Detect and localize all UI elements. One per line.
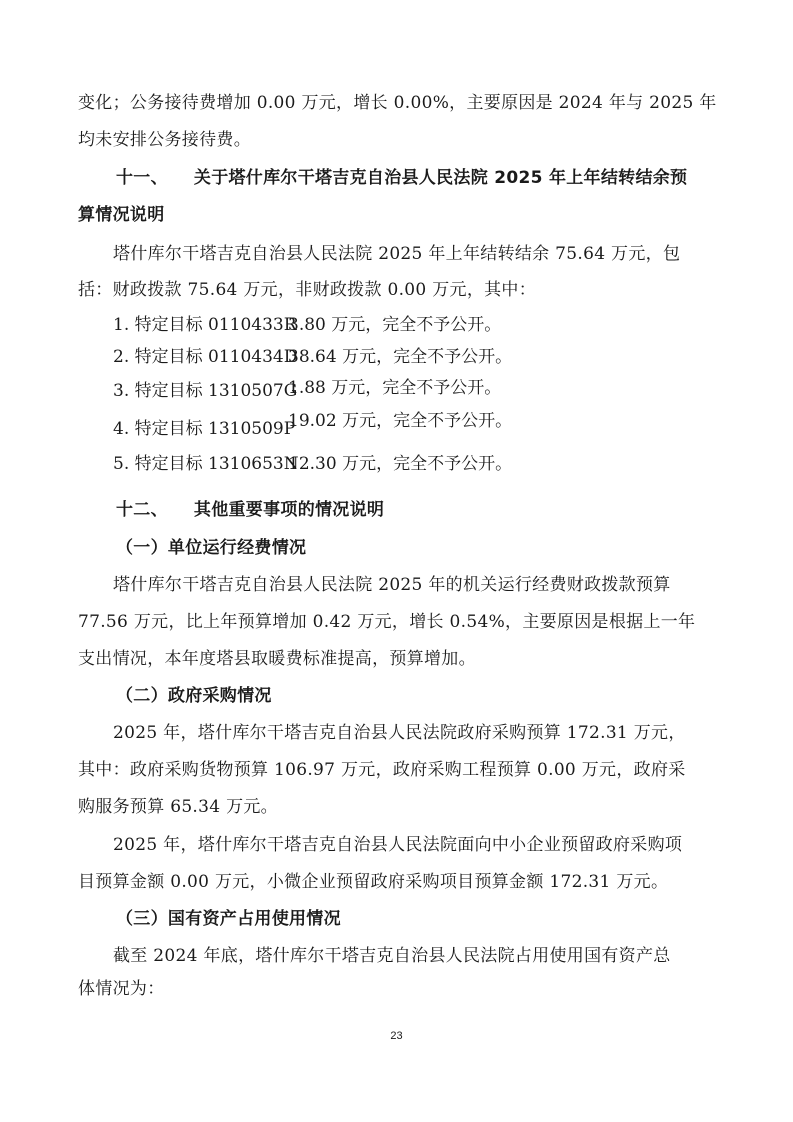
list-item-label: 1. 特定目标 0110433R bbox=[113, 315, 297, 335]
list-item: 5. 特定目标 1310653N 12.30 万元，完全不予公开。 bbox=[113, 453, 299, 475]
section-heading-12: 十二、其他重要事项的情况说明 bbox=[116, 499, 384, 521]
section-heading-11-cont: 算情况说明 bbox=[78, 204, 165, 226]
paragraph-line: 购服务预算 65.34 万元。 bbox=[78, 796, 278, 818]
paragraph-line: 目预算金额 0.00 万元，小微企业预留政府采购项目预算金额 172.31 万元… bbox=[78, 871, 668, 893]
heading-number: 十一、 bbox=[116, 168, 168, 188]
paragraph-line: 其中：政府采购货物预算 106.97 万元，政府采购工程预算 0.00 万元，政… bbox=[78, 759, 686, 781]
list-item-label: 3. 特定目标 1310507G bbox=[113, 381, 297, 401]
list-item: 1. 特定目标 0110433R 3.80 万元，完全不予公开。 bbox=[113, 314, 297, 336]
list-item: 3. 特定目标 1310507G 1.88 万元，完全不予公开。 bbox=[113, 380, 297, 402]
list-item-amount: 3.80 万元，完全不予公开。 bbox=[288, 314, 501, 336]
heading-text: 其他重要事项的情况说明 bbox=[194, 500, 384, 520]
subheading-state-assets: （三）国有资产占用使用情况 bbox=[116, 908, 341, 930]
paragraph-line: 截至 2024 年底，塔什库尔干塔吉克自治县人民法院占用使用国有资产总 bbox=[113, 945, 671, 967]
list-item-amount: 1.88 万元，完全不予公开。 bbox=[288, 377, 501, 399]
paragraph-line: 变化；公务接待费增加 0.00 万元，增长 0.00%，主要原因是 2024 年… bbox=[78, 92, 717, 114]
paragraph-line: 支出情况，本年度塔县取暖费标准提高，预算增加。 bbox=[78, 648, 476, 670]
section-heading-11: 十一、关于塔什库尔干塔吉克自治县人民法院 2025 年上年结转结余预 bbox=[116, 167, 687, 189]
heading-text: 关于塔什库尔干塔吉克自治县人民法院 2025 年上年结转结余预 bbox=[194, 168, 687, 188]
heading-number: 十二、 bbox=[116, 500, 168, 520]
list-item-amount: 38.64 万元，完全不予公开。 bbox=[288, 346, 512, 368]
subheading-procurement: （二）政府采购情况 bbox=[116, 685, 272, 707]
paragraph-line: 77.56 万元，比上年预算增加 0.42 万元，增长 0.54%，主要原因是根… bbox=[78, 611, 695, 633]
list-item: 2. 特定目标 0110434D 38.64 万元，完全不予公开。 bbox=[113, 346, 297, 368]
paragraph-line: 塔什库尔干塔吉克自治县人民法院 2025 年的机关运行经费财政拨款预算 bbox=[113, 574, 671, 596]
paragraph-line: 体情况为： bbox=[78, 978, 165, 1000]
paragraph-line: 括：财政拨款 75.64 万元，非财政拨款 0.00 万元，其中： bbox=[78, 279, 536, 301]
list-item-label: 5. 特定目标 1310653N bbox=[113, 454, 299, 474]
page-number: 23 bbox=[0, 1030, 793, 1042]
paragraph-line: 2025 年，塔什库尔干塔吉克自治县人民法院面向中小企业预留政府采购项 bbox=[113, 834, 682, 856]
paragraph-line: 2025 年，塔什库尔干塔吉克自治县人民法院政府采购预算 172.31 万元， bbox=[113, 722, 686, 744]
paragraph-line: 塔什库尔干塔吉克自治县人民法院 2025 年上年结转结余 75.64 万元，包 bbox=[113, 243, 680, 265]
subheading-operating-costs: （一）单位运行经费情况 bbox=[116, 537, 306, 559]
paragraph-line: 均未安排公务接待费。 bbox=[78, 129, 251, 151]
list-item-amount: 12.30 万元，完全不予公开。 bbox=[288, 453, 512, 475]
list-item-label: 2. 特定目标 0110434D bbox=[113, 347, 297, 367]
list-item-label: 4. 特定目标 1310509P bbox=[113, 419, 295, 439]
list-item-amount: 19.02 万元，完全不予公开。 bbox=[288, 410, 512, 432]
list-item: 4. 特定目标 1310509P 19.02 万元，完全不予公开。 bbox=[113, 418, 295, 440]
